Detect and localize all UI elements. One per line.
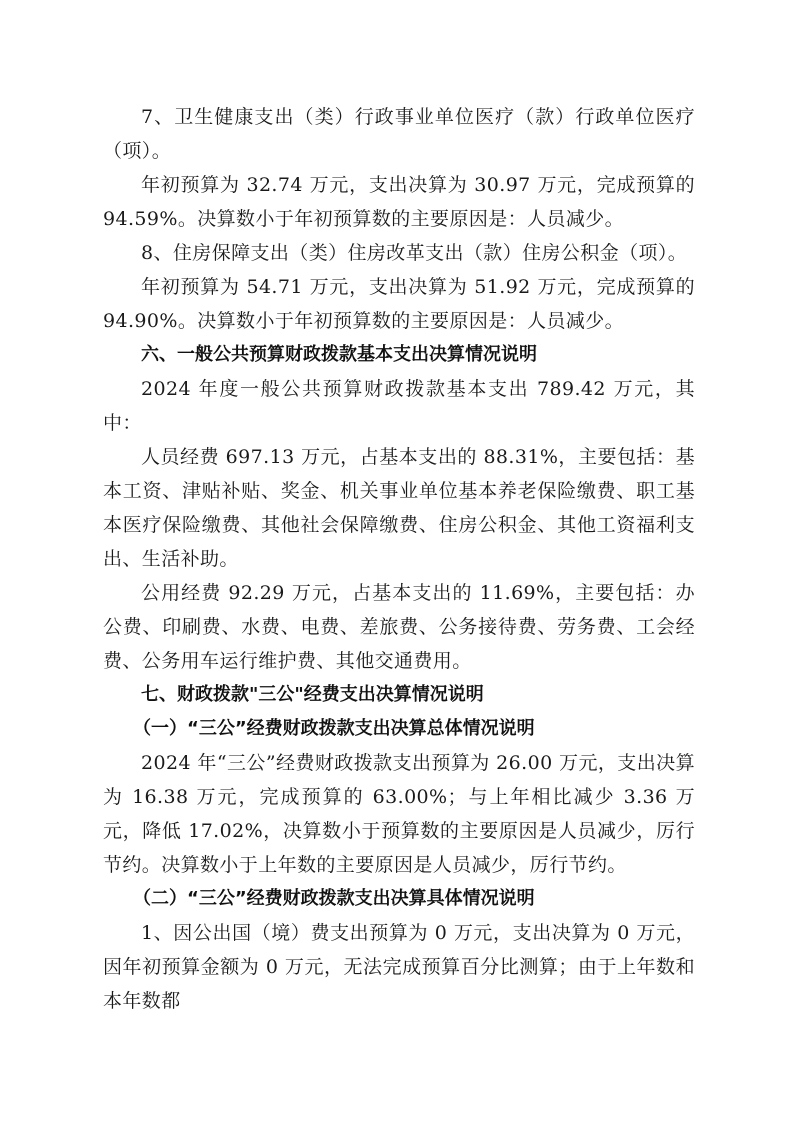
item-7-title: 7、卫生健康支出（类）行政事业单位医疗（款）行政单位医疗（项）。 (103, 100, 695, 168)
basic-expenditure-total: 2024 年度一般公共预算财政拨款基本支出 789.42 万元，其中： (103, 372, 695, 440)
overseas-travel-expenses: 1、因公出国（境）费支出预算为 0 万元，支出决算为 0 万元，因年初预算金额为… (103, 916, 695, 1018)
personnel-expenses: 人员经费 697.13 万元，占基本支出的 88.31%，主要包括：基本工资、津… (103, 440, 695, 576)
subsection-2-heading: （二）“三公”经费财政拨款支出决算具体情况说明 (103, 882, 695, 916)
item-7-detail: 年初预算为 32.74 万元，支出决算为 30.97 万元，完成预算的 94.5… (103, 168, 695, 236)
three-public-overall: 2024 年“三公”经费财政拨款支出预算为 26.00 万元，支出决算为 16.… (103, 746, 695, 882)
subsection-1-heading: （一）“三公”经费财政拨款支出决算总体情况说明 (103, 712, 695, 746)
public-expenses: 公用经费 92.29 万元，占基本支出的 11.69%，主要包括：办公费、印刷费… (103, 576, 695, 678)
document-page: 7、卫生健康支出（类）行政事业单位医疗（款）行政单位医疗（项）。 年初预算为 3… (103, 100, 695, 1018)
section-6-heading: 六、一般公共预算财政拨款基本支出决算情况说明 (103, 338, 695, 372)
item-8-detail: 年初预算为 54.71 万元，支出决算为 51.92 万元，完成预算的 94.9… (103, 270, 695, 338)
section-7-heading: 七、财政拨款"三公"经费支出决算情况说明 (103, 678, 695, 712)
item-8-title: 8、住房保障支出（类）住房改革支出（款）住房公积金（项）。 (103, 236, 695, 270)
